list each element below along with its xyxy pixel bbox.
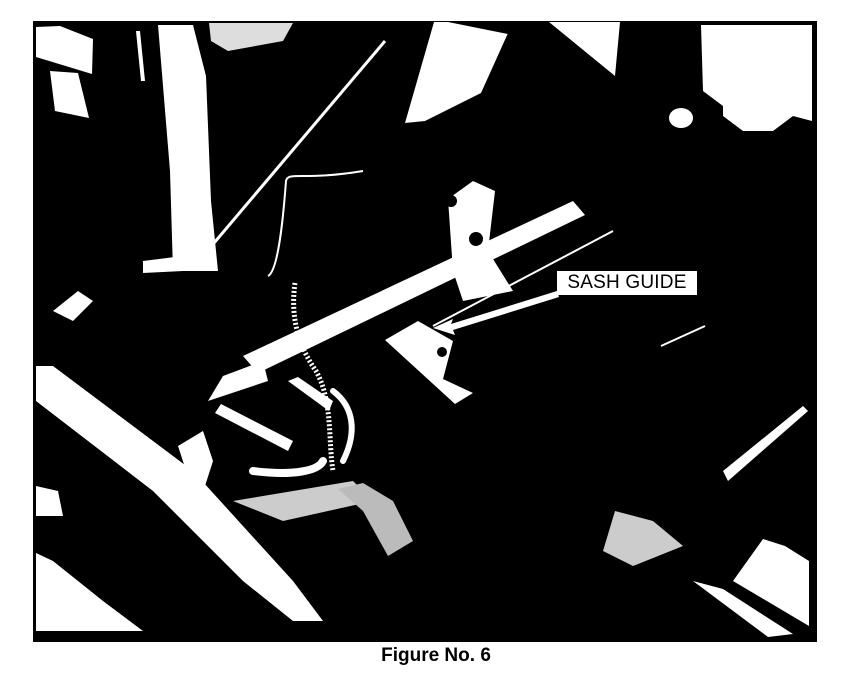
figure-caption: Figure No. 6 [0, 645, 864, 667]
photo-illustration [33, 21, 817, 642]
sash-guide-callout: SASH GUIDE [557, 271, 697, 295]
figure-photo: SASH GUIDE [33, 21, 817, 642]
